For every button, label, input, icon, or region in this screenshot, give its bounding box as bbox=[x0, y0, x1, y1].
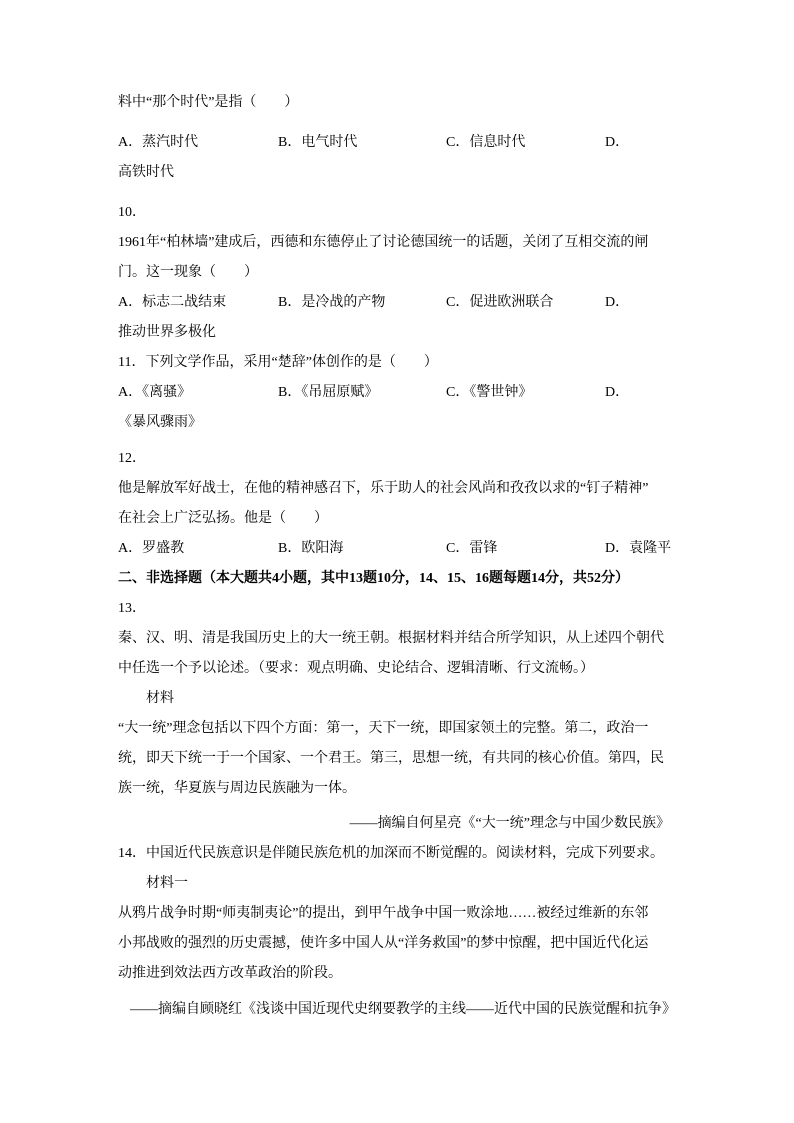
section-2-header: 二、非选择题（本大题共4小题，其中13题10分，14、15、16题每题14分，共… bbox=[118, 564, 670, 594]
question-14-material-source: ——摘编自顾晓红《浅谈中国近现代史纲要教学的主线——近代中国的民族觉醒和抗争》 bbox=[118, 995, 670, 1025]
question-10-stem-line-2: 门。这一现象（ ） bbox=[118, 258, 670, 288]
question-11-option-d-overflow: 《暴风骤雨》 bbox=[118, 408, 670, 438]
question-14-material-line-1: 从鸦片战争时期“师夷制夷论”的提出，到甲午战争中国一败涂地……被经过维新的东邻 bbox=[118, 899, 670, 929]
question-13-material-label: 材料 bbox=[118, 684, 670, 714]
question-13-material-line-3: 族一统，华夏族与周边民族融为一体。 bbox=[118, 774, 670, 804]
question-9-option-c: C．信息时代 bbox=[446, 128, 605, 158]
question-10-stem-line-1: 1961年“柏林墙”建成后，西德和东德停止了讨论德国统一的话题，关闭了互相交流的… bbox=[118, 228, 670, 258]
question-13-material-line-2: 统，即天下统一于一个国家、一个君王。第三，思想一统，有共同的核心价值。第四，民 bbox=[118, 744, 670, 774]
question-12-option-c: C．雷锋 bbox=[446, 534, 605, 564]
exam-document-page: 料中“那个时代”是指（ ） A．蒸汽时代 B．电气时代 C．信息时代 D． 高铁… bbox=[0, 0, 794, 1123]
question-12-options-row: A．罗盛教 B．欧阳海 C．雷锋 D．袁隆平 bbox=[118, 534, 670, 564]
question-10-option-d-overflow: 推动世界多极化 bbox=[118, 318, 670, 348]
question-11-option-c: C．《警世钟》 bbox=[446, 378, 605, 408]
question-14-stem: 14．中国近代民族意识是伴随民族危机的加深而不断觉醒的。阅读材料，完成下列要求。 bbox=[118, 839, 670, 869]
question-10-option-b: B．是冷战的产物 bbox=[278, 288, 446, 318]
question-9-option-d-overflow: 高铁时代 bbox=[118, 158, 670, 188]
question-10-option-c: C．促进欧洲联合 bbox=[446, 288, 605, 318]
exam-content: 料中“那个时代”是指（ ） A．蒸汽时代 B．电气时代 C．信息时代 D． 高铁… bbox=[118, 88, 670, 1025]
question-11-option-b: B．《吊屈原赋》 bbox=[278, 378, 446, 408]
question-12-option-d: D．袁隆平 bbox=[605, 534, 671, 564]
question-10-options-row: A．标志二战结束 B．是冷战的产物 C．促进欧洲联合 D． bbox=[118, 288, 670, 318]
question-11-option-d: D． bbox=[605, 378, 670, 408]
question-11-options-row: A．《离骚》 B．《吊屈原赋》 C．《警世钟》 D． bbox=[118, 378, 670, 408]
question-9-options-row: A．蒸汽时代 B．电气时代 C．信息时代 D． bbox=[118, 128, 670, 158]
question-10-option-a: A．标志二战结束 bbox=[118, 288, 278, 318]
question-13-number: 13． bbox=[118, 594, 670, 624]
question-10-option-d: D． bbox=[605, 288, 670, 318]
question-12-option-b: B．欧阳海 bbox=[278, 534, 446, 564]
question-14-material-line-3: 动推进到效法西方改革政治的阶段。 bbox=[118, 959, 670, 989]
question-13-material-line-1: “大一统”理念包括以下四个方面：第一，天下一统，即国家领土的完整。第二，政治一 bbox=[118, 714, 670, 744]
question-12-number: 12． bbox=[118, 444, 670, 474]
question-14-material-line-2: 小邦战败的强烈的历史震撼，使许多中国人从“洋务救国”的梦中惊醒，把中国近代化运 bbox=[118, 929, 670, 959]
question-11-stem: 11．下列文学作品，采用“楚辞”体创作的是（ ） bbox=[118, 348, 670, 378]
question-13-stem-line-1: 秦、汉、明、清是我国历史上的大一统王朝。根据材料并结合所学知识，从上述四个朝代 bbox=[118, 624, 670, 654]
question-9-stem-continuation: 料中“那个时代”是指（ ） bbox=[118, 88, 670, 118]
question-9-option-a: A．蒸汽时代 bbox=[118, 128, 278, 158]
question-9-option-d: D． bbox=[605, 128, 670, 158]
question-13-stem-line-2: 中任选一个予以论述。（要求：观点明确、史论结合、逻辑清晰、行文流畅。） bbox=[118, 654, 670, 684]
question-12-stem-line-2: 在社会上广泛弘扬。他是（ ） bbox=[118, 504, 670, 534]
question-12-option-a: A．罗盛教 bbox=[118, 534, 278, 564]
question-11-option-a: A．《离骚》 bbox=[118, 378, 278, 408]
question-12-stem-line-1: 他是解放军好战士，在他的精神感召下，乐于助人的社会风尚和孜孜以求的“钉子精神” bbox=[118, 474, 670, 504]
question-14-material-label: 材料一 bbox=[118, 869, 670, 899]
question-13-material-source: ——摘编自何星亮《“大一统”理念与中国少数民族》 bbox=[118, 809, 670, 839]
question-9-option-b: B．电气时代 bbox=[278, 128, 446, 158]
question-10-number: 10． bbox=[118, 198, 670, 228]
